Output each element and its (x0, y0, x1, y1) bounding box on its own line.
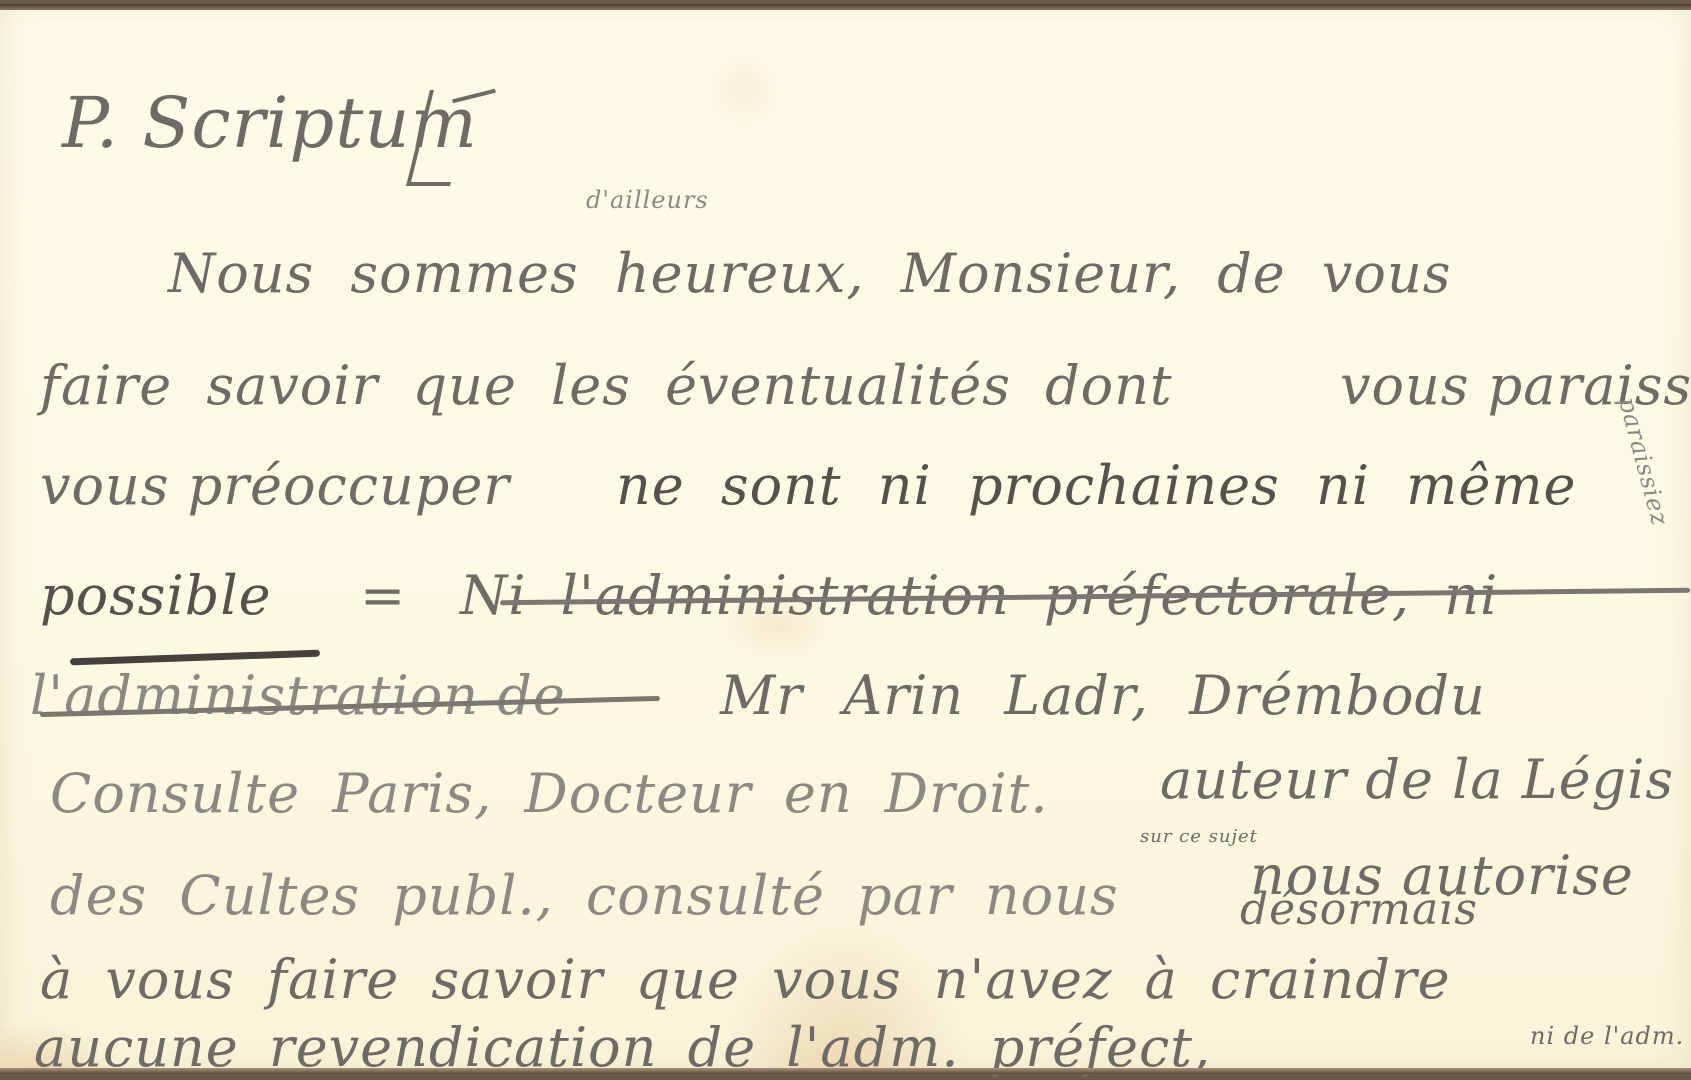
paper-bottom-edge (0, 1068, 1691, 1074)
struck-line-5: l'administration de (30, 664, 566, 727)
line-6-start: Consulte Paris, Docteur en Droit. (50, 762, 1049, 825)
insertion-desormais: désormais (1240, 884, 1478, 935)
line-3-start: vous préoccuper (40, 454, 510, 517)
line-1: Nous sommes heureux, Monsieur, de vous (168, 242, 1451, 305)
underline-possible (70, 650, 320, 666)
line-5: Mr Arin Ladr, Drémbodu (720, 664, 1486, 727)
insertion-sur-ce-sujet: sur ce sujet (1140, 826, 1258, 847)
line-6-end: auteur de la Légis (1160, 748, 1674, 811)
line-7-start: des Cultes publ., consulté par nous (50, 864, 1119, 927)
line-9-end: ni de l'adm. (1530, 1022, 1684, 1050)
paper-top-edge (0, 4, 1691, 10)
line-2-start: faire savoir que les éventualités dont (40, 354, 1173, 417)
equals-sign: = (360, 564, 406, 627)
insertion-dailleurs: d'ailleurs (586, 186, 709, 214)
word-possible: possible (40, 564, 272, 627)
paper-sheet: P. Scriptum d'ailleurs Nous sommes heure… (0, 4, 1691, 1074)
line-8: à vous faire savoir que vous n'avez à cr… (40, 948, 1451, 1011)
line-3-end: ne sont ni prochaines ni même (616, 454, 1577, 517)
